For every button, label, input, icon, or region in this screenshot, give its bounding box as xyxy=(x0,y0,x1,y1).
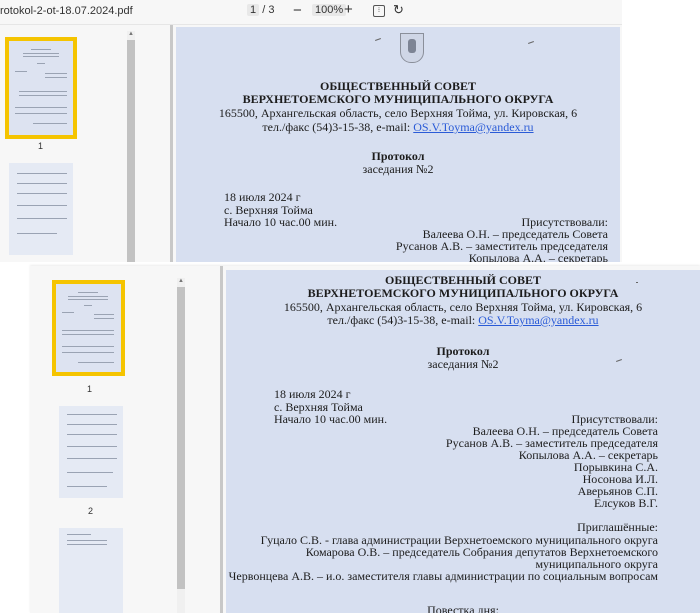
scrollbar-thumb[interactable] xyxy=(127,40,135,262)
org-address: 165500, Архангельская область, село Верх… xyxy=(226,300,700,314)
zoom-out-button[interactable]: − xyxy=(293,2,302,19)
thumbnail-sidebar: 1 ▲ xyxy=(0,25,165,262)
meeting-start: Начало 10 час.00 мин. xyxy=(274,412,387,426)
document-page-1: ОБЩЕСТВЕННЫЙ СОВЕТ ВЕРХНЕТОЕМСКОГО МУНИЦ… xyxy=(226,270,700,613)
meeting-date: 18 июля 2024 г xyxy=(274,387,351,401)
coat-of-arms-icon xyxy=(400,33,424,63)
invited-member: Червонцева А.В. – и.о. заместителя главы… xyxy=(229,569,658,583)
thumbnail-label: 1 xyxy=(38,141,43,151)
pdf-viewer-window-bottom: 1 2 ▲ ОБЩЕСТВЕННЫЙ СОВЕТ ВЕРХНЕТОЕМСКОГО… xyxy=(30,266,700,613)
org-name: ОБЩЕСТВЕННЫЙ СОВЕТ xyxy=(226,273,700,287)
thumbnail-page-2[interactable] xyxy=(9,163,73,255)
scroll-up-arrow-icon[interactable]: ▲ xyxy=(127,31,135,37)
fit-page-icon[interactable]: ⁝ xyxy=(373,5,385,17)
email-link[interactable]: OS.V.Toyma@yandex.ru xyxy=(413,120,533,134)
sidebar-splitter[interactable] xyxy=(220,266,223,613)
org-contact: тел./факс (54)3-15-38, e-mail: OS.V.Toym… xyxy=(176,120,620,134)
org-address: 165500, Архангельская область, село Верх… xyxy=(176,106,620,120)
meeting-start: Начало 10 час.00 мин. xyxy=(224,215,337,229)
thumbnail-page-1[interactable] xyxy=(56,284,121,372)
thumbnail-label: 2 xyxy=(88,506,93,516)
total-pages: 3 xyxy=(268,4,274,16)
org-name-line2: ВЕРХНЕТОЕМСКОГО МУНИЦИПАЛЬНОГО ОКРУГА xyxy=(176,92,620,106)
org-name: ОБЩЕСТВЕННЫЙ СОВЕТ xyxy=(176,79,620,93)
invited-heading: Приглашённые: xyxy=(577,520,658,534)
rotate-icon[interactable]: ↻ xyxy=(393,2,404,18)
page-separator: / xyxy=(262,4,265,16)
doc-subtitle: заседания №2 xyxy=(226,357,700,371)
thumbnail-sidebar: 1 2 ▲ xyxy=(30,266,220,613)
scroll-up-arrow-icon[interactable]: ▲ xyxy=(177,278,185,284)
scrollbar-thumb[interactable] xyxy=(177,287,185,589)
agenda-heading: Повестка дня: xyxy=(226,603,700,613)
thumbnail-page-2[interactable] xyxy=(59,406,123,498)
document-page-1: ОБЩЕСТВЕННЫЙ СОВЕТ ВЕРХНЕТОЕМСКОГО МУНИЦ… xyxy=(176,27,620,262)
sidebar-splitter[interactable] xyxy=(170,25,173,262)
thumbnail-page-1[interactable] xyxy=(9,41,73,135)
thumbnail-page-3[interactable] xyxy=(59,528,123,613)
present-member: Копылова А.А. – секретарь xyxy=(469,251,608,262)
pdf-viewer-window-top: rotokol-2-ot-18.07.2024.pdf 1 / 3 − 100%… xyxy=(0,0,622,262)
page-indicator: 1 / 3 xyxy=(247,4,274,16)
meeting-date: 18 июля 2024 г xyxy=(224,190,301,204)
pdf-toolbar: rotokol-2-ot-18.07.2024.pdf 1 / 3 − 100%… xyxy=(0,0,622,25)
doc-title: Протокол xyxy=(226,344,700,358)
org-contact: тел./факс (54)3-15-38, e-mail: OS.V.Toym… xyxy=(226,313,700,327)
current-page-input[interactable]: 1 xyxy=(247,4,259,16)
org-name-line2: ВЕРХНЕТОЕМСКОГО МУНИЦИПАЛЬНОГО ОКРУГА xyxy=(226,286,700,300)
doc-title: Протокол xyxy=(176,149,620,163)
zoom-in-button[interactable]: + xyxy=(344,1,353,18)
thumbnail-scrollbar[interactable]: ▲ xyxy=(177,278,185,613)
file-name: rotokol-2-ot-18.07.2024.pdf xyxy=(0,5,133,17)
present-member: Елсуков В.Г. xyxy=(594,496,658,510)
thumbnail-label: 1 xyxy=(87,384,92,394)
email-link[interactable]: OS.V.Toyma@yandex.ru xyxy=(478,313,598,327)
thumbnail-scrollbar[interactable]: ▲ xyxy=(127,31,135,262)
doc-subtitle: заседания №2 xyxy=(176,162,620,176)
zoom-level-input[interactable]: 100% xyxy=(312,4,346,16)
